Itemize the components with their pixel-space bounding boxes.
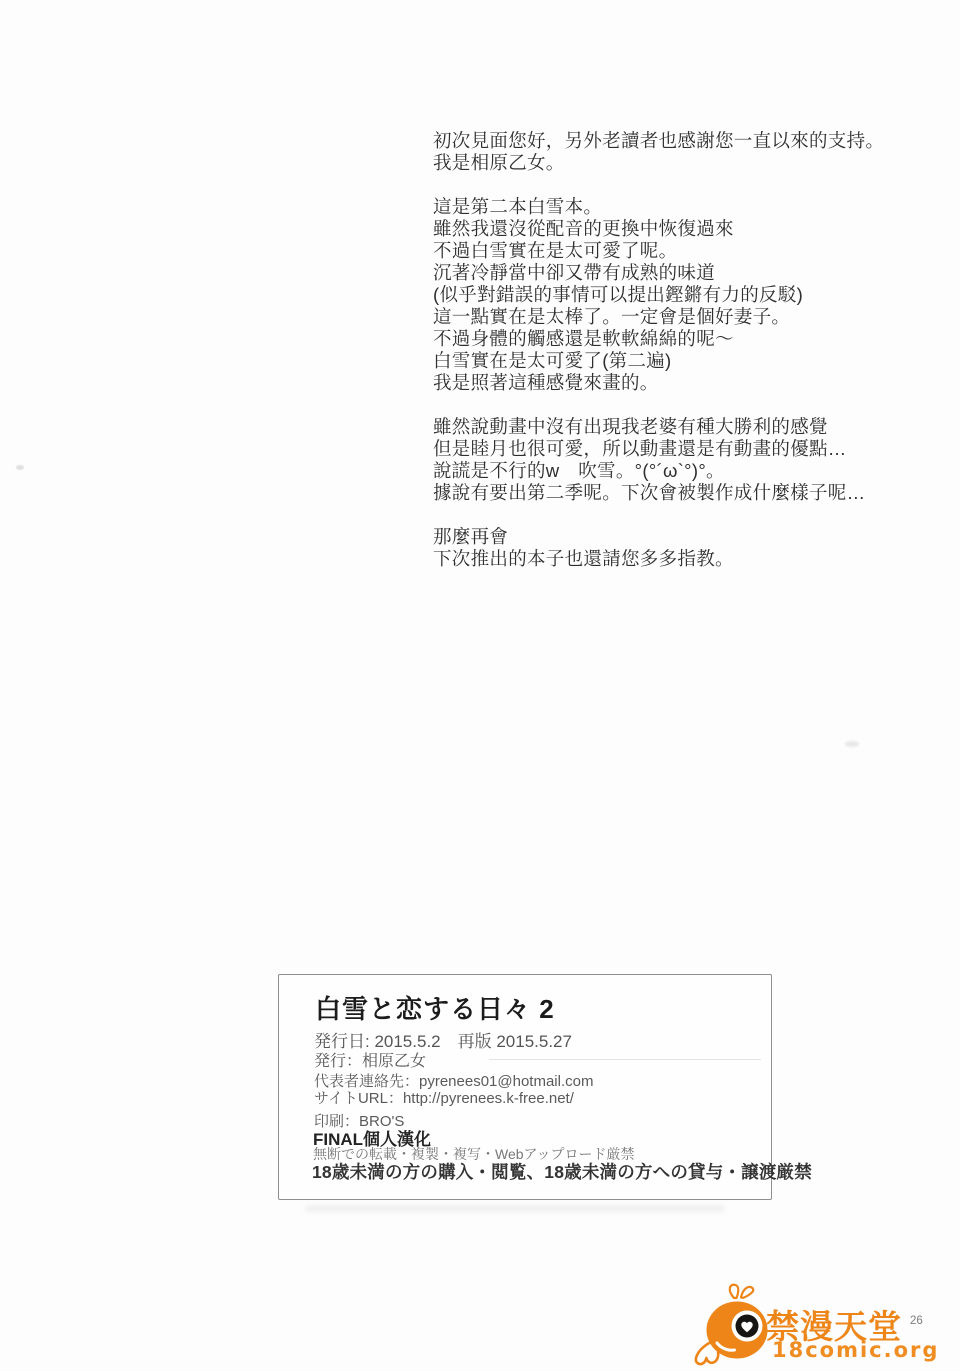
afterword-line: 據說有要出第二季呢。下次會被製作成什麼樣子呢… [433,482,903,504]
afterword-line: 說謊是不行的w 吹雪。°(°´ω`°)°。 [433,460,903,482]
afterword-line: 這是第二本白雪本。 [433,196,903,218]
afterword-line-blank [433,504,903,526]
age-restriction-notice: 18歳未満の方の購入・閲覧、18歳未満の方への貸与・譲渡厳禁 [312,1159,812,1184]
colophon-box: 白雪と恋する日々 2 発行日: 2015.5.2 再版 2015.5.27 発行… [278,974,772,1200]
book-title: 白雪と恋する日々 2 [315,989,555,1026]
afterword-line: 但是睦月也很可愛，所以動畫還是有動畫的優點… [433,438,903,460]
afterword-line-blank [433,394,903,416]
afterword-line: 白雪實在是太可愛了(第二遍) [433,350,903,372]
afterword-line: 不過白雪實在是太可愛了呢。 [433,240,903,262]
divider [489,1059,761,1060]
afterword-text-block: 初次見面您好，另外老讀者也感謝您一直以來的支持。 我是相原乙女。 這是第二本白雪… [433,130,903,570]
afterword-line: (似乎對錯誤的事情可以提出鏗鏘有力的反駁) [433,284,903,306]
afterword-line: 雖然我還沒從配音的更換中恢復過來 [433,218,903,240]
afterword-line: 這一點實在是太棒了。一定會是個好妻子。 [433,306,903,328]
afterword-line: 那麼再會 [433,526,903,548]
afterword-line-blank [433,174,903,196]
afterword-line: 沉著冷靜當中卻又帶有成熟的味道 [433,262,903,284]
scanned-doujinshi-page: 初次見面您好，另外老讀者也感謝您一直以來的支持。 我是相原乙女。 這是第二本白雪… [0,0,960,1371]
page-number: 26 [910,1315,923,1327]
afterword-line: 下次推出的本子也還請您多多指教。 [433,548,903,570]
site-url-line: サイトURL：http://pyrenees.k-free.net/ [314,1087,574,1108]
afterword-line: 初次見面您好，另外老讀者也感謝您一直以來的支持。 [433,130,903,152]
scan-speck [845,741,859,747]
watermark-site-url: 18comic.org [772,1338,939,1362]
afterword-line: 我是相原乙女。 [433,152,903,174]
scan-smudge [305,1206,725,1211]
publisher-line: 発行：相原乙女 [314,1048,426,1071]
scan-speck [16,465,24,470]
afterword-line: 雖然說動畫中沒有出現我老婆有種大勝利的感覺 [433,416,903,438]
afterword-line: 不過身體的觸感還是軟軟綿綿的呢～ [433,328,903,350]
afterword-line: 我是照著這種感覺來畫的。 [433,372,903,394]
